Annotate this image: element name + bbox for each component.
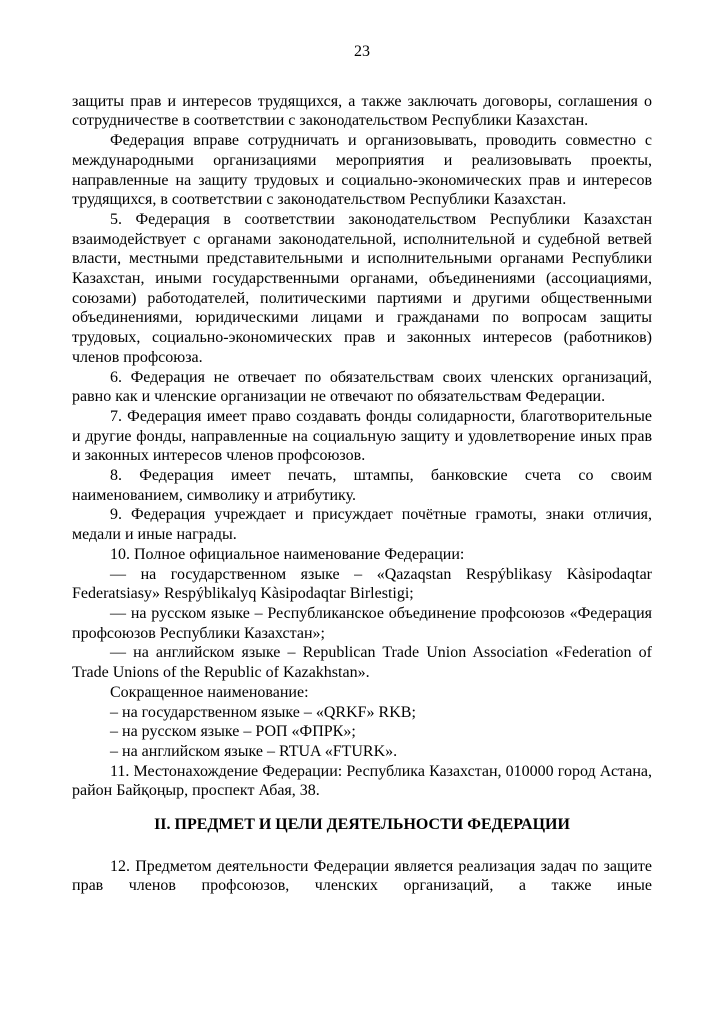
paragraph-item-11-location: 11. Местонахождение Федерации: Республик…	[72, 762, 652, 801]
page-number: 23	[72, 42, 652, 62]
list-item-name-english: — на английском языке – Republican Trade…	[72, 643, 652, 682]
list-item-short-name-kazakh: – на государственном языке – «QRKF» RKB;	[72, 703, 652, 723]
paragraph-item-9: 9. Федерация учреждает и присуждает почё…	[72, 505, 652, 544]
paragraph-item-8: 8. Федерация имеет печать, штампы, банко…	[72, 466, 652, 505]
list-item-short-name-english: – на английском языке – RTUA «FTURK».	[72, 742, 652, 762]
paragraph-federation-cooperation: Федерация вправе сотрудничать и организо…	[72, 131, 652, 210]
list-item-name-kazakh: — на государственном языке – «Qazaqstan …	[72, 565, 652, 604]
section-heading: II. ПРЕДМЕТ И ЦЕЛИ ДЕЯТЕЛЬНОСТИ ФЕДЕРАЦИ…	[72, 815, 652, 835]
paragraph-item-5: 5. Федерация в соответствии законодатель…	[72, 210, 652, 368]
paragraph-item-12: 12. Предметом деятельности Федерации явл…	[72, 857, 652, 896]
paragraph-item-6: 6. Федерация не отвечает по обязательств…	[72, 368, 652, 407]
paragraph-continuation: защиты прав и интересов трудящихся, а та…	[72, 92, 652, 131]
paragraph-short-name-intro: Сокращенное наименование:	[72, 683, 652, 703]
paragraph-item-10: 10. Полное официальное наименование Феде…	[72, 545, 652, 565]
list-item-short-name-russian: – на русском языке – РОП «ФПРК»;	[72, 722, 652, 742]
document-page: 23 защиты прав и интересов трудящихся, а…	[0, 0, 724, 1024]
paragraph-item-7: 7. Федерация имеет право создавать фонды…	[72, 407, 652, 466]
list-item-name-russian: — на русском языке – Республиканское объ…	[72, 604, 652, 643]
